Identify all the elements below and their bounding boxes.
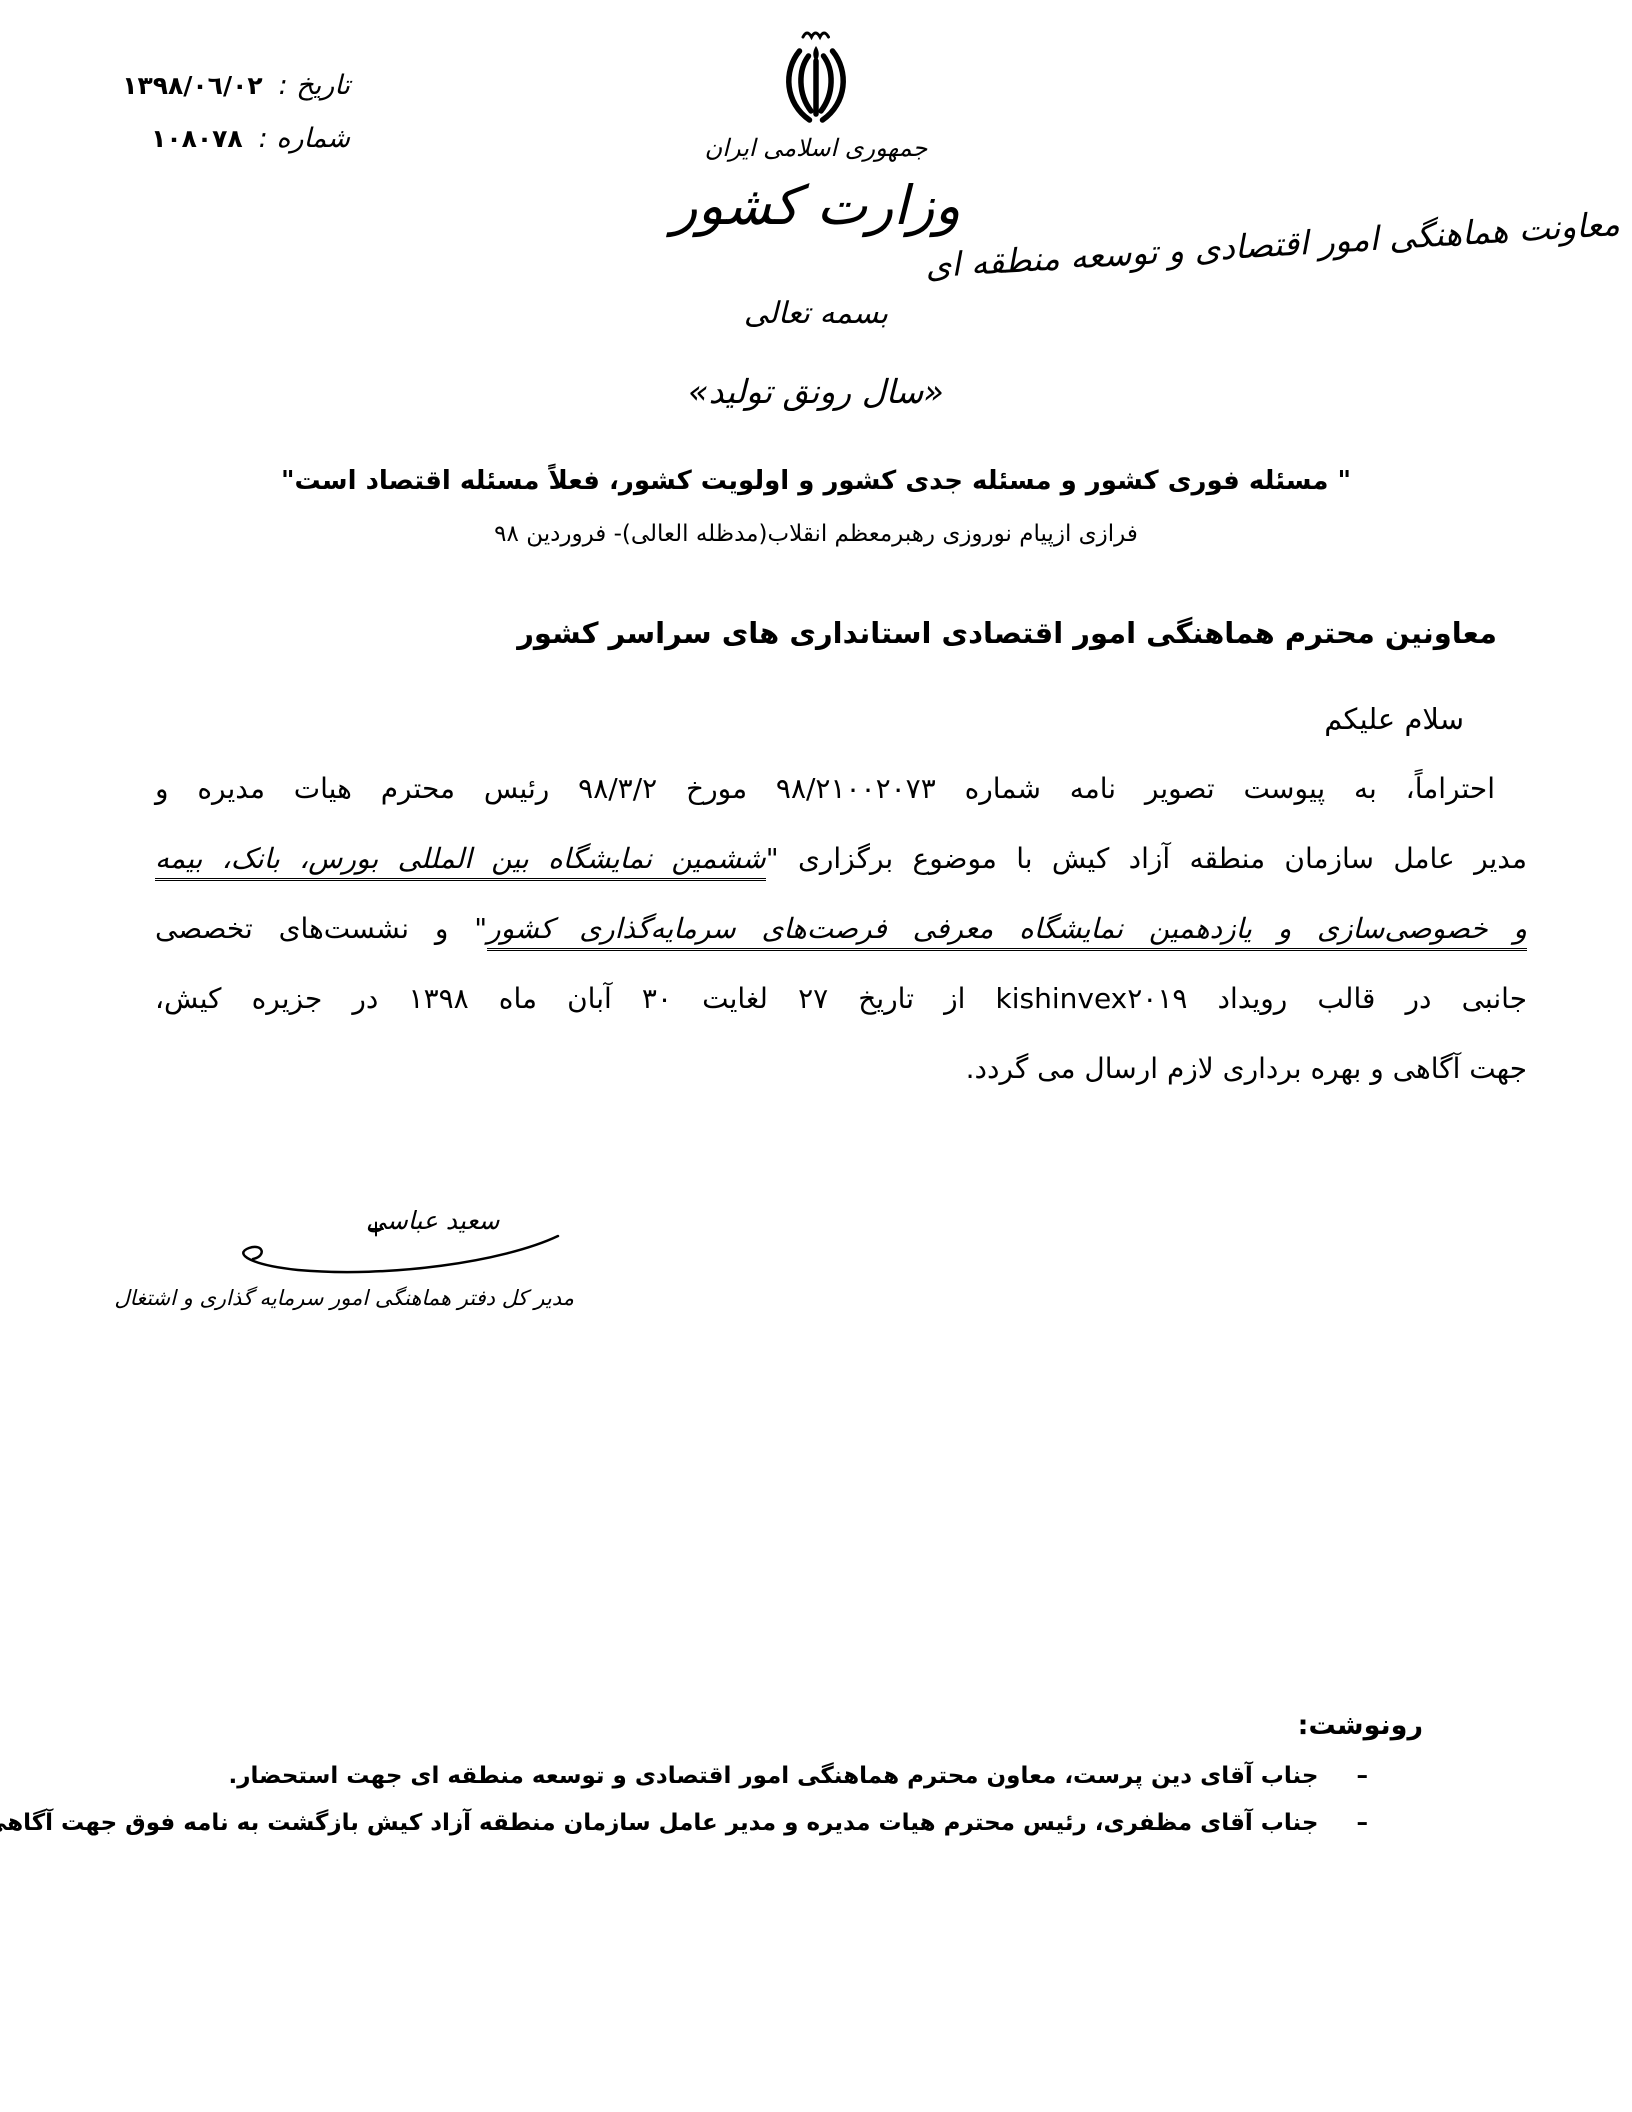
basmala: بسمه تعالی xyxy=(0,296,1632,331)
body-line-3-text: " و نشست‌های تخصصی xyxy=(155,912,487,945)
cc-dash-icon: – xyxy=(1357,1763,1369,1789)
quote-attribution: فرازی ازپیام نوروزی رهبرمعظم انقلاب(مدظل… xyxy=(0,521,1632,547)
body-line-2: مدیر عامل سازمان منطقه آزاد کیش با موضوع… xyxy=(155,826,1527,896)
exhibition-title-part-2: و خصوصی‌سازی و یازدهمین نمایشگاه معرفی ف… xyxy=(487,912,1527,951)
cc-item-1-text: جناب آقای دین پرست، معاون محترم هماهنگی … xyxy=(229,1763,1319,1789)
cc-item-2-text: جناب آقای مظفری، رئیس محترم هیات مدیره و… xyxy=(0,1810,1319,1836)
signature-flourish-icon xyxy=(203,1220,568,1289)
exhibition-title-part-1: ششمین نمایشگاه بین المللی بورس، بانک، بی… xyxy=(155,842,766,881)
date-row: تاریخ : ۱۳۹۸/۰٦/۰۲ xyxy=(110,70,350,101)
cc-dash-icon: – xyxy=(1357,1810,1369,1836)
cc-heading: رونوشت: xyxy=(1298,1710,1423,1741)
date-label: تاریخ : xyxy=(279,70,350,101)
body-line-5: جهت آگاهی و بهره برداری لازم ارسال می گر… xyxy=(155,1036,1527,1106)
leader-quote: " مسئله فوری کشور و مسئله جدی کشور و اول… xyxy=(0,466,1632,496)
signature-title: مدیر کل دفتر هماهنگی امور سرمایه گذاری و… xyxy=(220,1286,574,1310)
government-name: جمهوری اسلامی ایران xyxy=(0,134,1632,162)
body-line-3: و خصوصی‌سازی و یازدهمین نمایشگاه معرفی ف… xyxy=(155,896,1527,966)
greeting: سلام علیکم xyxy=(1324,702,1464,736)
body-line-4: جانبی در قالب رویداد kishinvex۲۰۱۹ از تا… xyxy=(155,966,1527,1036)
body-line-1: احتراماً، به پیوست تصویر نامه شماره ۹۸/۲… xyxy=(155,756,1527,826)
cc-item-2: – جناب آقای مظفری، رئیس محترم هیات مدیره… xyxy=(0,1810,1368,1836)
letter-body: احتراماً، به پیوست تصویر نامه شماره ۹۸/۲… xyxy=(155,756,1527,1106)
date-value: ۱۳۹۸/۰٦/۰۲ xyxy=(122,71,262,100)
addressee-line: معاونین محترم هماهنگی امور اقتصادی استان… xyxy=(517,616,1497,650)
year-slogan: «سال رونق تولید» xyxy=(0,372,1632,411)
letter-page: تاریخ : ۱۳۹۸/۰٦/۰۲ شماره : ۱۰۸۰۷۸ جمهوری… xyxy=(0,0,1632,2112)
cc-item-1: – جناب آقای دین پرست، معاون محترم هماهنگ… xyxy=(229,1763,1368,1789)
body-line-2-text: مدیر عامل سازمان منطقه آزاد کیش با موضوع… xyxy=(766,842,1527,875)
iran-emblem-icon xyxy=(766,26,866,134)
